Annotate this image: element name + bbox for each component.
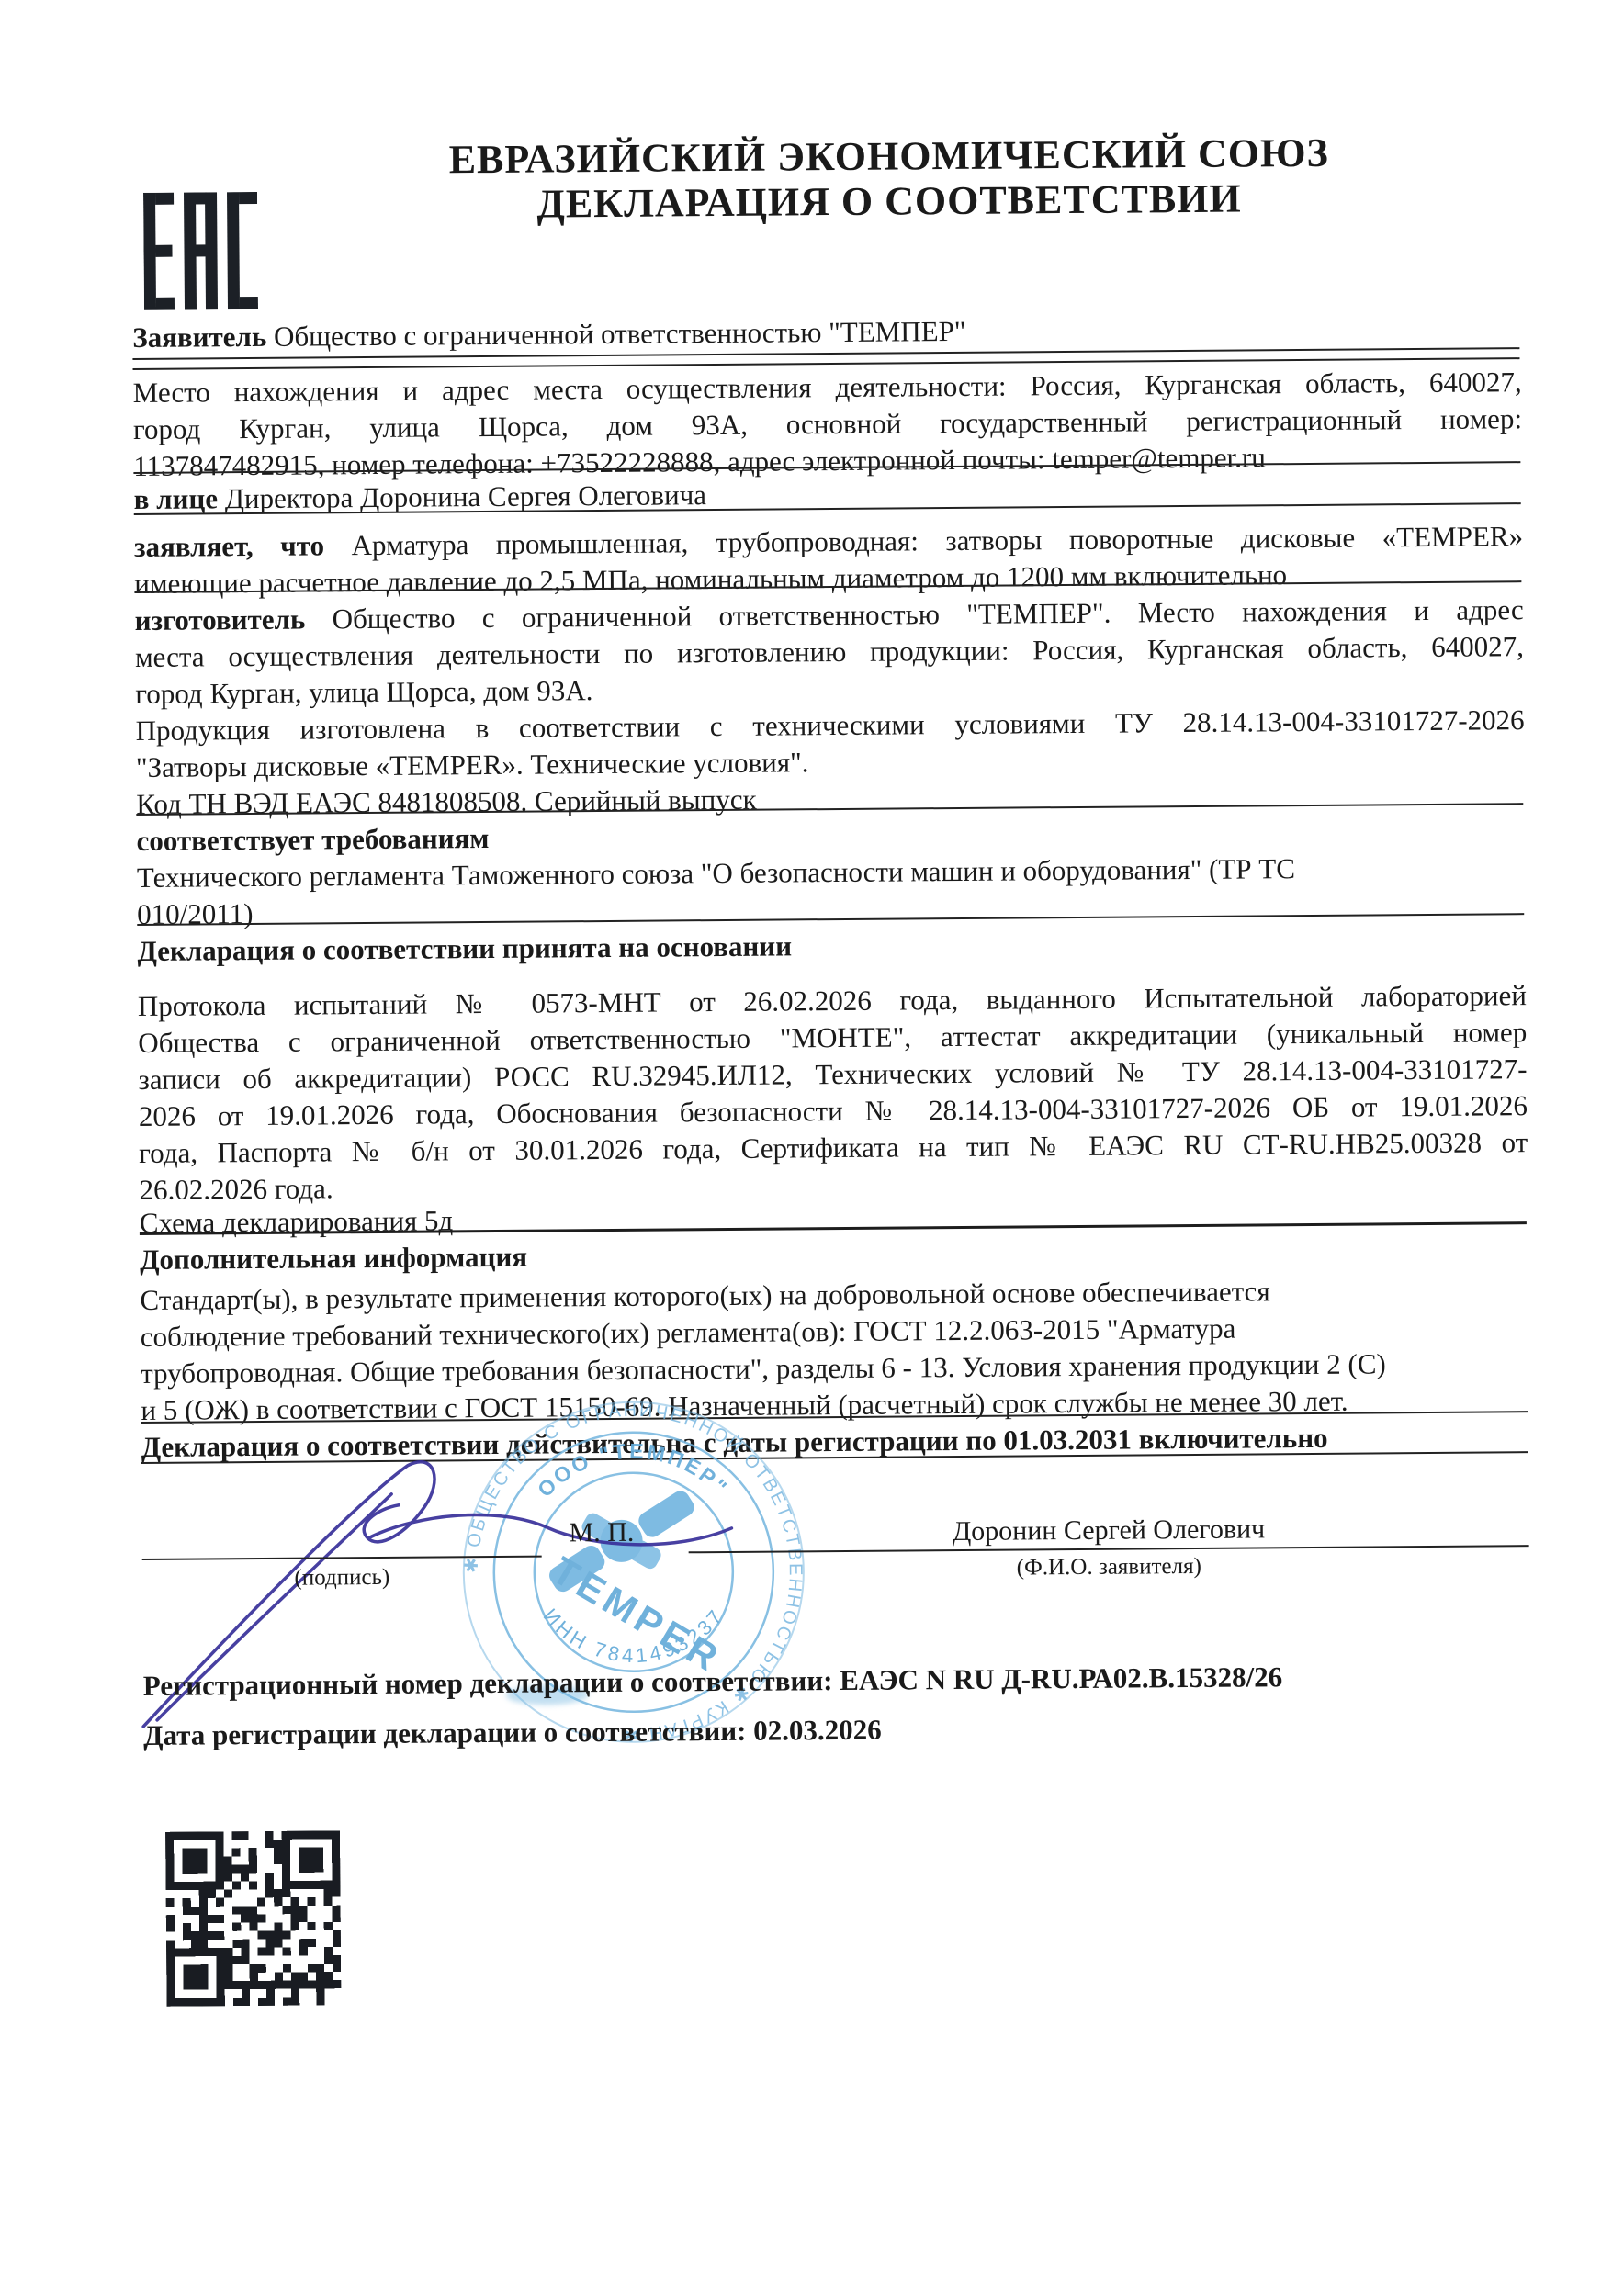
applicant-label: Заявитель	[132, 321, 266, 354]
basis-paragraph: Протокола испытаний № 0573-МНТ от 26.02.…	[138, 977, 1528, 1209]
applicant-value: Общество с ограниченной ответственностью…	[274, 315, 966, 353]
title-line-declaration: ДЕКЛАРАЦИЯ О СООТВЕТСТВИИ	[214, 174, 1564, 230]
declares-label: заявляет, что	[134, 529, 324, 563]
in-person-label: в лице	[133, 482, 218, 515]
mp-label: М. П.	[569, 1517, 634, 1549]
manufacturer-value: Общество с ограниченной ответственностью…	[333, 593, 1524, 635]
manufacturer-label: изготовитель	[135, 603, 306, 636]
document-title: ЕВРАЗИЙСКИЙ ЭКОНОМИЧЕСКИЙ СОЮЗ ДЕКЛАРАЦИ…	[214, 129, 1565, 230]
signature-caption: (подпись)	[142, 1564, 542, 1593]
manufacturer-paragraph: изготовитель Общество с ограниченной отв…	[135, 591, 1525, 713]
production-paragraph: Продукция изготовлена в соответствии с т…	[135, 702, 1525, 786]
conforms-paragraph: Технического регламента Таможенного союз…	[137, 849, 1527, 933]
applicant-name: Доронин Сергей Олегович	[688, 1512, 1528, 1549]
name-caption: (Ф.И.О. заявителя)	[689, 1551, 1529, 1583]
additional-paragraph: Стандарт(ы), в результате применения кот…	[140, 1271, 1529, 1429]
scanned-sheet: ЕВРАЗИЙСКИЙ ЭКОНОМИЧЕСКИЙ СОЮЗ ДЕКЛАРАЦИ…	[0, 0, 1624, 2296]
declares-value: Арматура промышленная, трубопроводная: з…	[351, 520, 1523, 561]
declaration-document: ЕВРАЗИЙСКИЙ ЭКОНОМИЧЕСКИЙ СОЮЗ ДЕКЛАРАЦИ…	[0, 0, 1624, 2296]
qr-code	[165, 1830, 341, 2006]
